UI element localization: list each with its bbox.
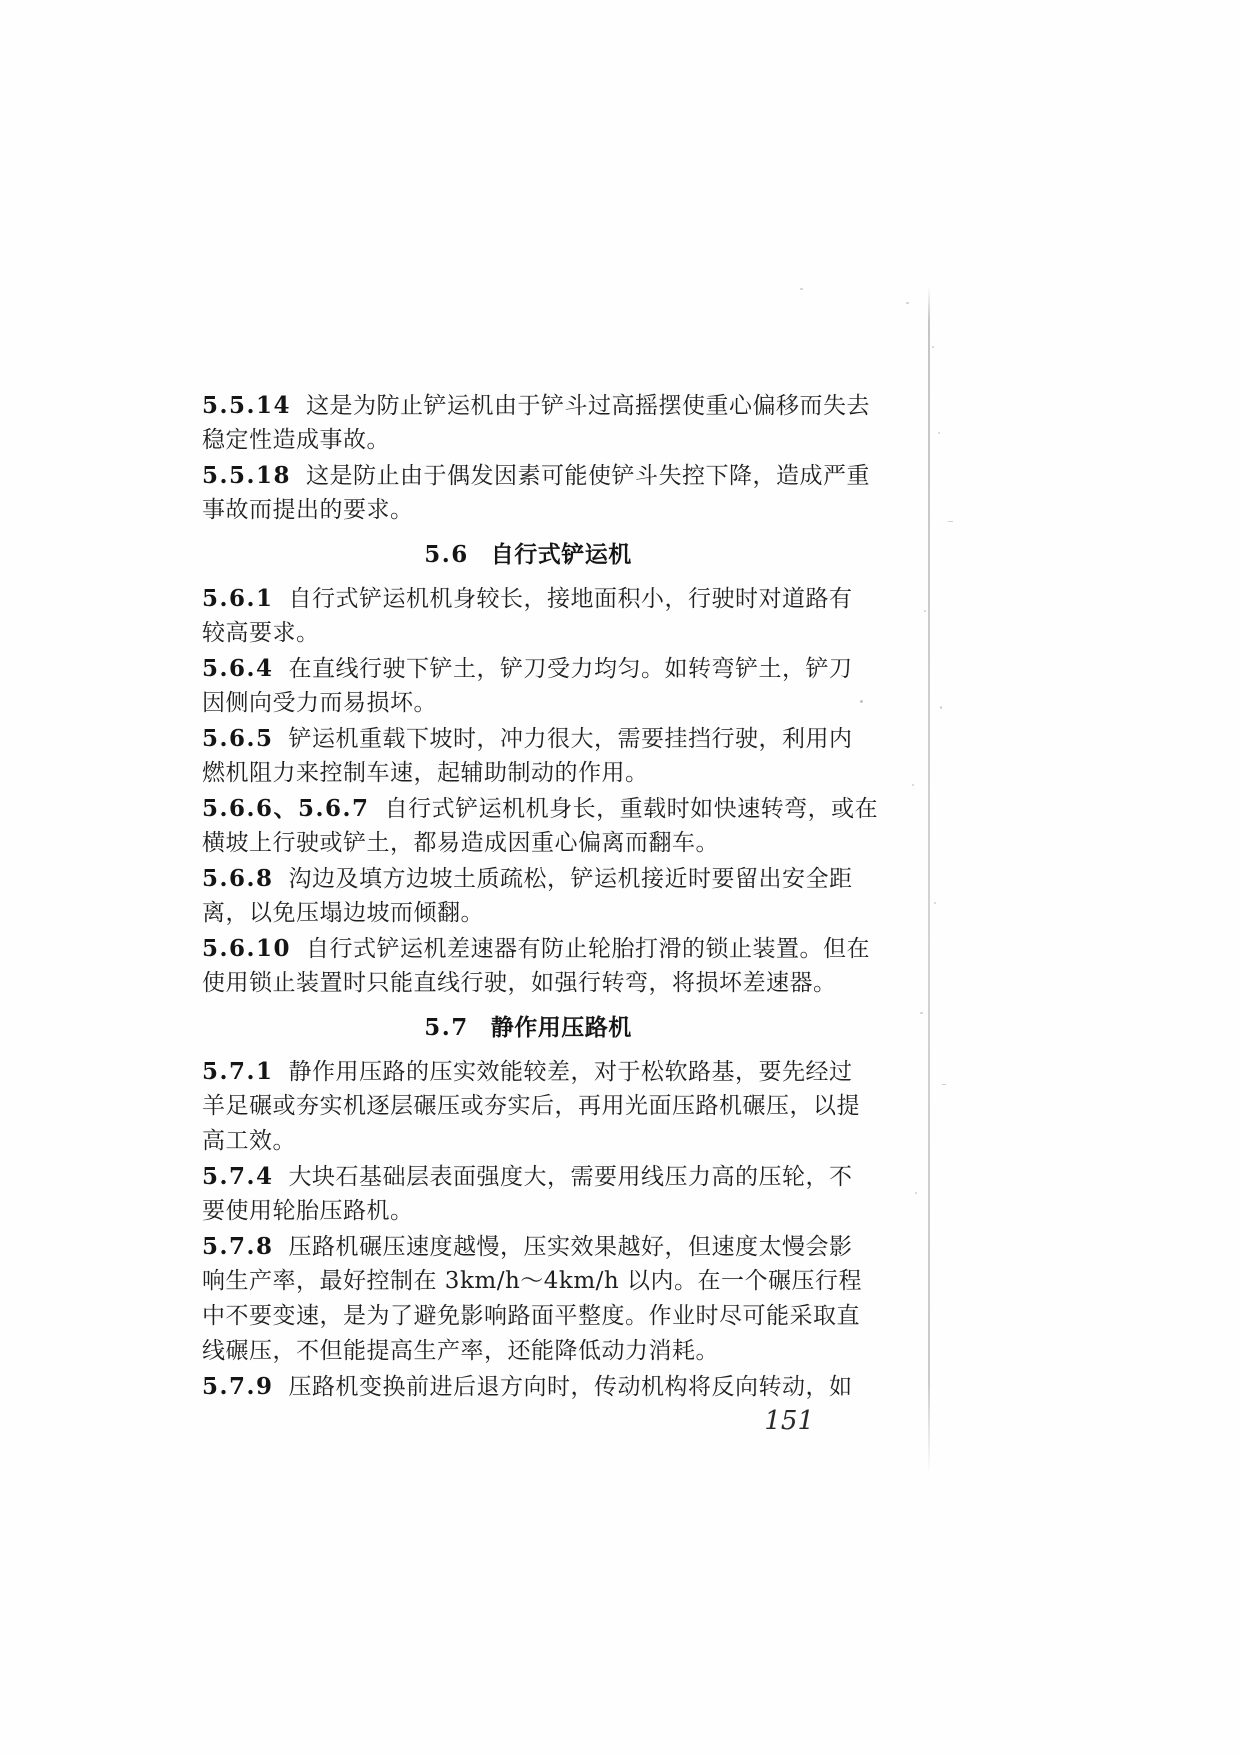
- text-line: 5.7.9压路机变换前进后退方向时，传动机构将反向转动，如: [202, 1369, 854, 1404]
- document-text-block: 5.5.14这是为防止铲运机由于铲斗过高摇摆使重心偏移而失去稳定性造成事故。5.…: [202, 388, 854, 1404]
- speckle: [934, 902, 936, 904]
- text-line: 5.5.14这是为防止铲运机由于铲斗过高摇摆使重心偏移而失去: [202, 388, 854, 423]
- clause-number: 5.7.4: [202, 1163, 274, 1190]
- line-text: 自行式铲运机: [491, 541, 632, 568]
- clause-number: 5.6.10: [202, 935, 291, 962]
- section-heading: 5.7静作用压路机: [202, 1010, 854, 1045]
- scanned-document-page: 5.5.14这是为防止铲运机由于铲斗过高摇摆使重心偏移而失去稳定性造成事故。5.…: [0, 0, 1240, 1754]
- text-line: 5.7.1静作用压路的压实效能较差，对于松软路基，要先经过: [202, 1054, 854, 1089]
- line-text: 这是为防止铲运机由于铲斗过高摇摆使重心偏移而失去: [306, 393, 870, 419]
- text-line: 较高要求。: [202, 616, 854, 651]
- text-line: 5.7.4大块石基础层表面强度大，需要用线压力高的压轮，不: [202, 1159, 854, 1194]
- clause-number: 5.7.9: [202, 1373, 274, 1400]
- text-line: 高工效。: [202, 1124, 854, 1159]
- line-text: 羊足碾或夯实机逐层碾压或夯实后，再用光面压路机碾压，以提: [202, 1093, 860, 1119]
- text-line: 因侧向受力而易损坏。: [202, 686, 854, 721]
- line-text: 线碾压，不但能提高生产率，还能降低动力消耗。: [202, 1338, 719, 1364]
- line-text: 自行式铲运机机身长，重载时如快速转弯，或在: [385, 796, 879, 822]
- line-text: 在直线行驶下铲土，铲刀受力均匀。如转弯铲土，铲刀: [289, 656, 853, 682]
- text-line: 羊足碾或夯实机逐层碾压或夯实后，再用光面压路机碾压，以提: [202, 1089, 854, 1124]
- clause-number: 5.6.8: [202, 865, 274, 892]
- text-line: 5.6.6、5.6.7自行式铲运机机身长，重载时如快速转弯，或在: [202, 791, 854, 826]
- text-line: 响生产率，最好控制在 3km/h～4km/h 以内。在一个碾压行程: [202, 1264, 854, 1299]
- text-line: 稳定性造成事故。: [202, 423, 854, 458]
- speckle: [800, 288, 803, 290]
- speckle: [915, 1192, 917, 1194]
- line-text: 自行式铲运机机身较长，接地面积小，行驶时对道路有: [289, 586, 853, 612]
- speckle: [932, 346, 934, 348]
- speckle: [920, 1012, 923, 1014]
- clause-number: 5.6.5: [202, 725, 274, 752]
- line-text: 压路机变换前进后退方向时，传动机构将反向转动，如: [289, 1374, 853, 1400]
- text-line: 使用锁止装置时只能直线行驶，如强行转弯，将损坏差速器。: [202, 966, 854, 1001]
- text-line: 5.6.4在直线行驶下铲土，铲刀受力均匀。如转弯铲土，铲刀: [202, 651, 854, 686]
- text-line: 线碾压，不但能提高生产率，还能降低动力消耗。: [202, 1334, 854, 1369]
- page-number: 151: [202, 1406, 834, 1436]
- speckle: [938, 432, 940, 434]
- line-text: 因侧向受力而易损坏。: [202, 690, 437, 716]
- speckle: [942, 1084, 946, 1085]
- section-heading: 5.6自行式铲运机: [202, 537, 854, 572]
- clause-number: 5.5.14: [202, 392, 291, 419]
- line-text: 要使用轮胎压路机。: [202, 1198, 414, 1224]
- line-text: 静作用压路的压实效能较差，对于松软路基，要先经过: [289, 1059, 853, 1085]
- line-text: 静作用压路机: [491, 1014, 632, 1041]
- line-text: 这是防止由于偶发因素可能使铲斗失控下降，造成严重: [306, 463, 870, 489]
- text-line: 中不要变速，是为了避免影响路面平整度。作业时尽可能采取直: [202, 1299, 854, 1334]
- speckle: [478, 1168, 481, 1171]
- text-line: 要使用轮胎压路机。: [202, 1194, 854, 1229]
- line-text: 沟边及填方边坡土质疏松，铲运机接近时要留出安全距: [289, 866, 853, 892]
- speckle: [912, 784, 914, 786]
- line-text: 大块石基础层表面强度大，需要用线压力高的压轮，不: [289, 1164, 853, 1190]
- line-text: 中不要变速，是为了避免影响路面平整度。作业时尽可能采取直: [202, 1303, 860, 1329]
- line-text: 自行式铲运机差速器有防止轮胎打滑的锁止装置。但在: [306, 936, 870, 962]
- speckle: [906, 302, 909, 304]
- text-line: 5.5.18这是防止由于偶发因素可能使铲斗失控下降，造成严重: [202, 458, 854, 493]
- speckle: [860, 700, 863, 703]
- text-line: 5.6.5铲运机重载下坡时，冲力很大，需要挂挡行驶，利用内: [202, 721, 854, 756]
- line-text: 横坡上行驶或铲土，都易造成因重心偏离而翻车。: [202, 830, 719, 856]
- text-line: 离，以免压塌边坡而倾翻。: [202, 896, 854, 931]
- text-line: 燃机阻力来控制车速，起辅助制动的作用。: [202, 756, 854, 791]
- clause-number: 5.5.18: [202, 462, 291, 489]
- speckle: [948, 521, 953, 522]
- text-line: 事故而提出的要求。: [202, 493, 854, 528]
- clause-number: 5.6.6、5.6.7: [202, 795, 370, 822]
- line-text: 稳定性造成事故。: [202, 427, 390, 453]
- line-text: 事故而提出的要求。: [202, 497, 414, 523]
- section-number: 5.7: [424, 1014, 469, 1041]
- section-number: 5.6: [424, 541, 469, 568]
- speckle: [924, 610, 926, 612]
- line-text: 压路机碾压速度越慢，压实效果越好，但速度太慢会影: [289, 1234, 853, 1260]
- text-line: 5.6.10自行式铲运机差速器有防止轮胎打滑的锁止装置。但在: [202, 931, 854, 966]
- speckle: [940, 706, 942, 709]
- line-text: 离，以免压塌边坡而倾翻。: [202, 900, 484, 926]
- text-line: 5.6.1自行式铲运机机身较长，接地面积小，行驶时对道路有: [202, 581, 854, 616]
- line-text: 较高要求。: [202, 620, 320, 646]
- clause-number: 5.6.4: [202, 655, 274, 682]
- text-line: 横坡上行驶或铲土，都易造成因重心偏离而翻车。: [202, 826, 854, 861]
- scan-line-artifact: [928, 286, 930, 1475]
- line-text: 燃机阻力来控制车速，起辅助制动的作用。: [202, 760, 649, 786]
- line-text: 高工效。: [202, 1128, 296, 1154]
- line-text: 铲运机重载下坡时，冲力很大，需要挂挡行驶，利用内: [289, 726, 853, 752]
- clause-number: 5.7.8: [202, 1233, 274, 1260]
- line-text: 响生产率，最好控制在 3km/h～4km/h 以内。在一个碾压行程: [202, 1268, 862, 1294]
- text-line: 5.6.8沟边及填方边坡土质疏松，铲运机接近时要留出安全距: [202, 861, 854, 896]
- clause-number: 5.6.1: [202, 585, 274, 612]
- clause-number: 5.7.1: [202, 1058, 274, 1085]
- line-text: 使用锁止装置时只能直线行驶，如强行转弯，将损坏差速器。: [202, 970, 837, 996]
- text-line: 5.7.8压路机碾压速度越慢，压实效果越好，但速度太慢会影: [202, 1229, 854, 1264]
